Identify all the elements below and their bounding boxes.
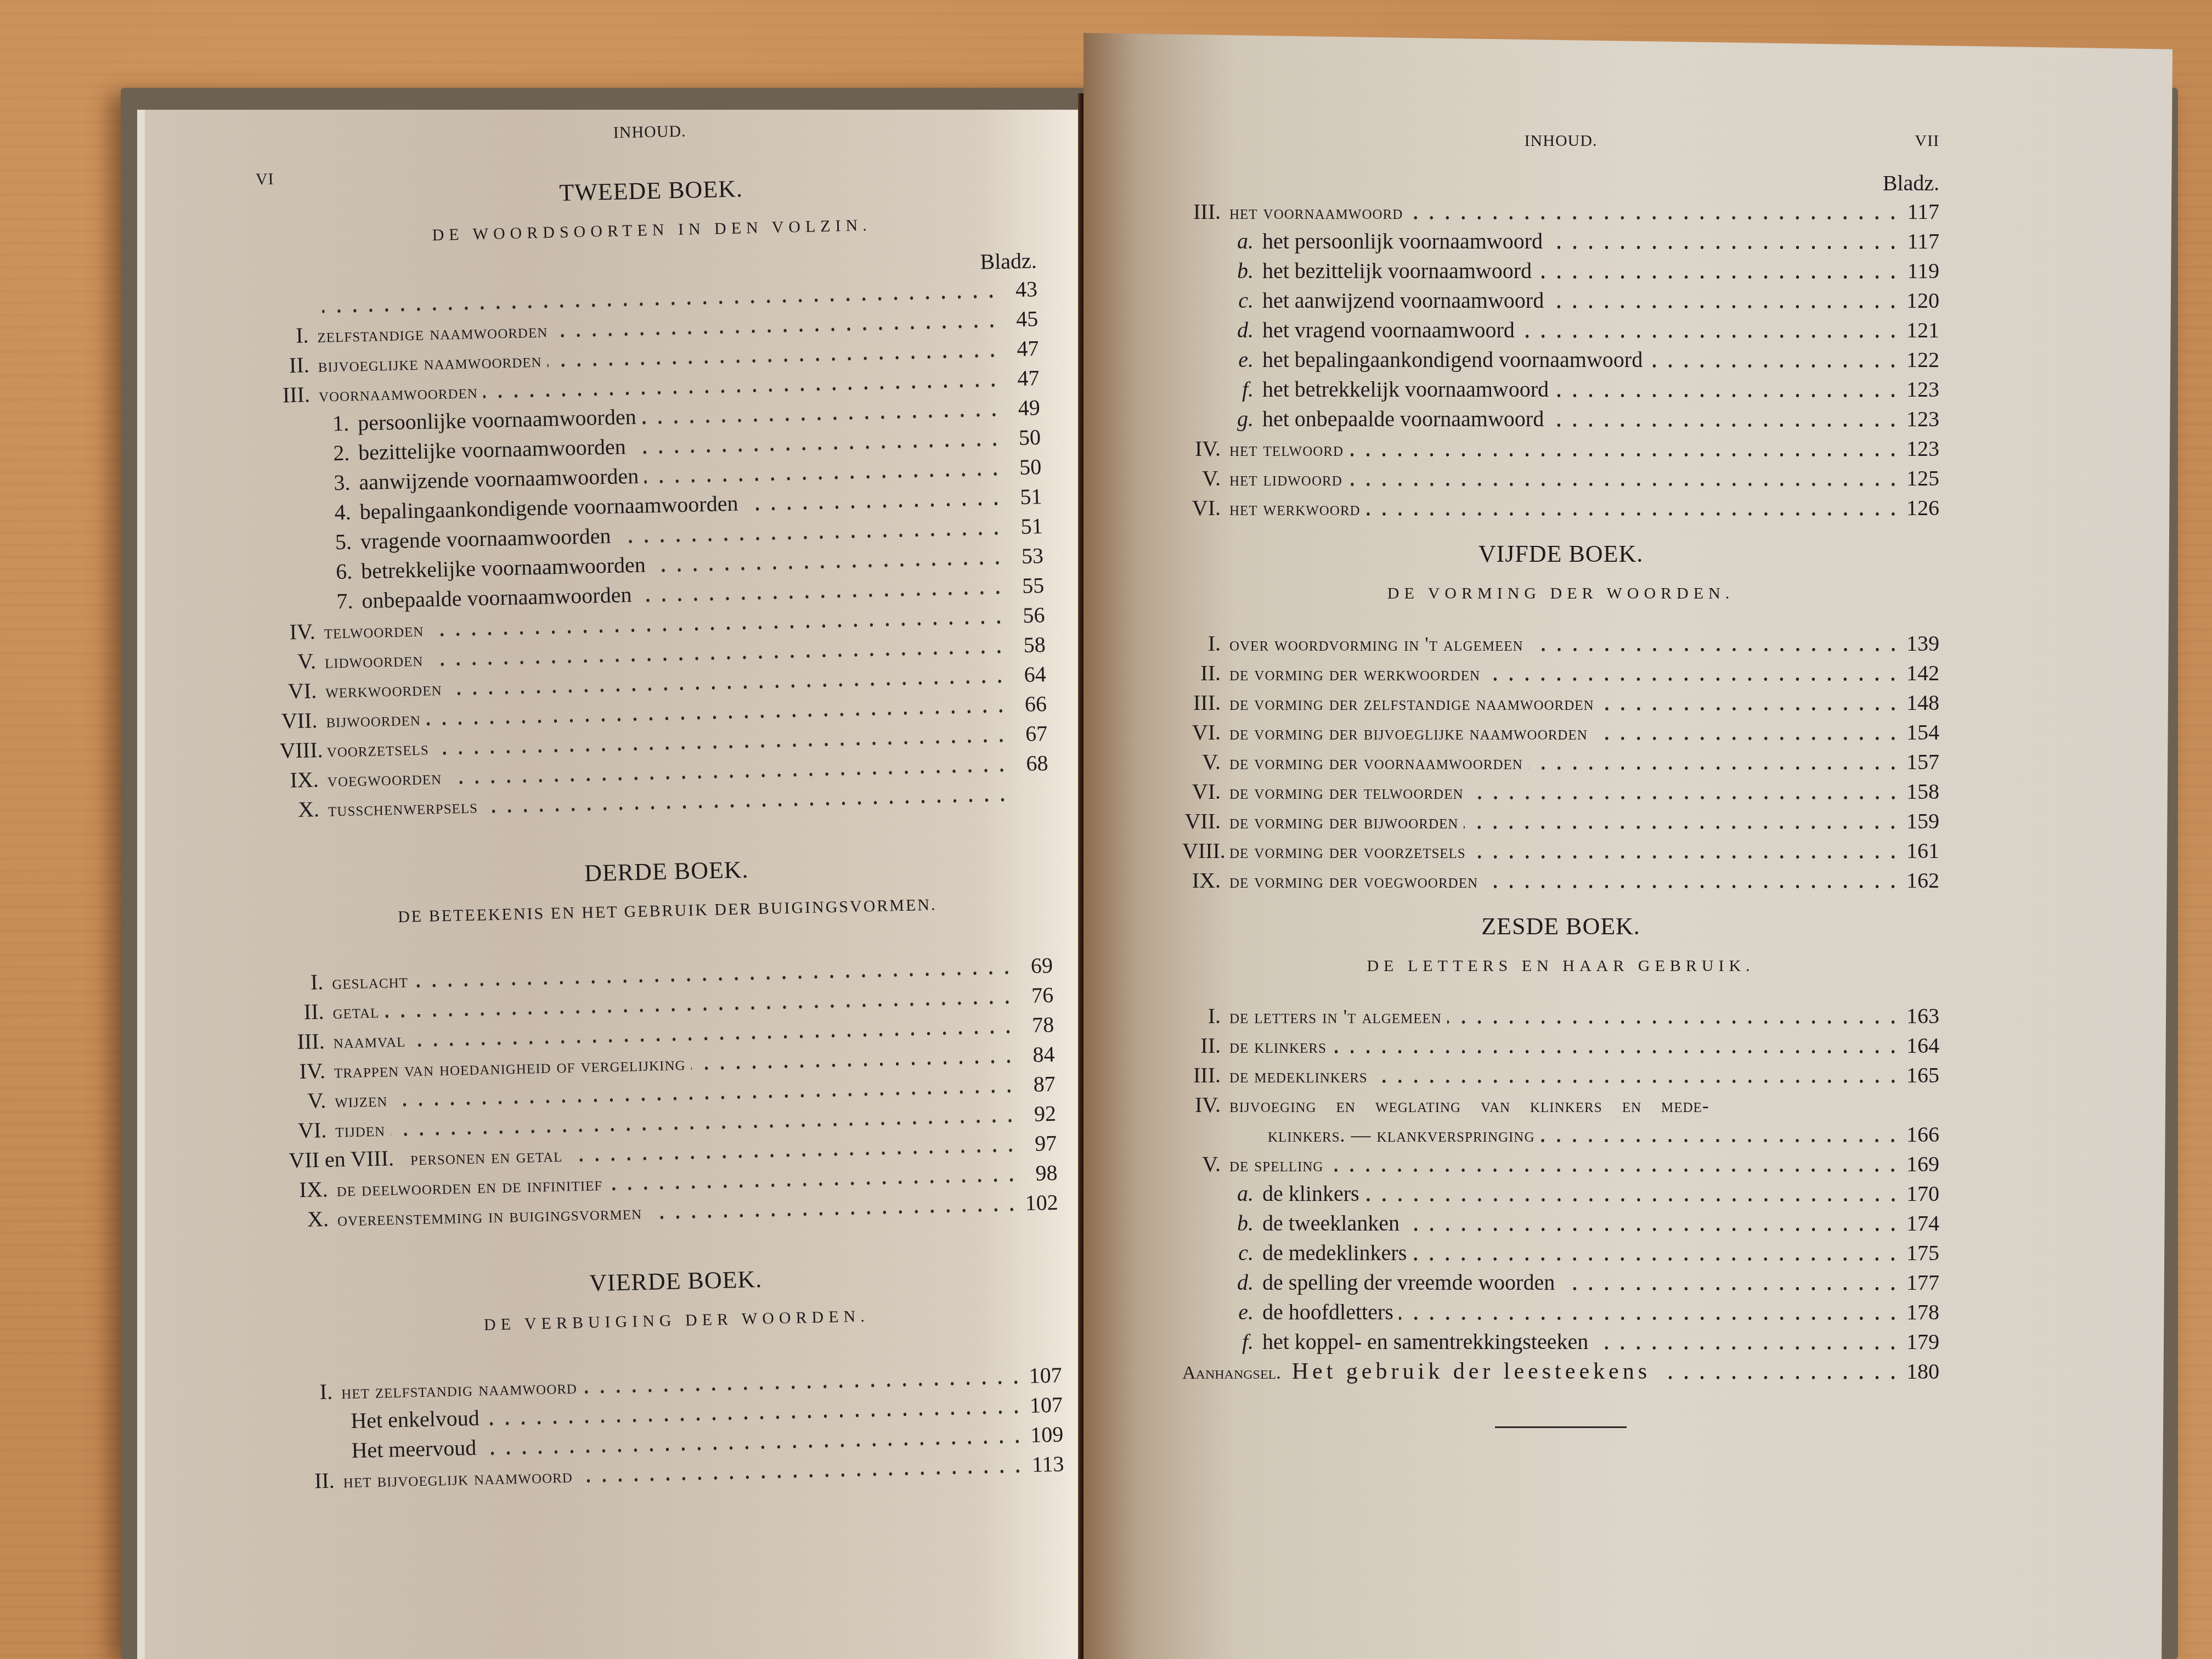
- toc-entry[interactable]: III.de vorming der zelfstandige naamwoor…: [1182, 690, 1939, 719]
- toc-entry-number: II.: [1182, 1032, 1229, 1058]
- dot-leader: [1471, 854, 1901, 860]
- toc-entry-number: 5.: [274, 528, 360, 556]
- toc-entry-number: VI.: [1182, 495, 1229, 521]
- toc-entry-page: 107: [1029, 1362, 1062, 1389]
- dot-leader: [637, 590, 1006, 603]
- toc-entry-number: 1.: [272, 410, 358, 438]
- toc-entry-page: 117: [1906, 228, 1939, 254]
- book-subtitle: DE WOORDSOORTEN IN DEN VOLZIN.: [268, 212, 1036, 249]
- toc-entry-label: getal: [332, 1000, 380, 1024]
- toc-entry-page: 76: [1020, 982, 1054, 1008]
- toc-entry-label: het bepalingaankondigend voornaamwoord: [1262, 347, 1643, 373]
- book-title: ZESDE BOEK.: [1182, 912, 1939, 940]
- toc-entry-page: 69: [1019, 952, 1053, 979]
- toc-entry-page: 121: [1906, 317, 1939, 343]
- running-head: INHOUD. VII: [1182, 132, 1939, 170]
- left-page-content: INHOUD. VI TWEEDE BOEK. DE WOORDSOORTEN …: [266, 114, 1064, 1498]
- toc-entry-label: de medeklinkers: [1229, 1064, 1368, 1087]
- toc-entry-number: f.: [1182, 1329, 1262, 1355]
- toc-entry-label: de klinkers: [1262, 1181, 1359, 1206]
- toc-entry[interactable]: VI.het werkwoord126: [1182, 495, 1939, 524]
- toc-entry-number: V.: [277, 648, 325, 675]
- toc-entry-number: [296, 1458, 352, 1459]
- toc-entry-label: het telwoord: [1229, 438, 1344, 461]
- toc-entry-number: 2.: [273, 439, 359, 467]
- toc-entry-page: 180: [1906, 1358, 1939, 1384]
- toc-entry-label: het onbepaalde voornaamwoord: [1262, 406, 1544, 432]
- toc-entry-number: 4.: [274, 499, 360, 527]
- toc-entry-number: I.: [270, 322, 318, 349]
- dot-leader: [1408, 215, 1901, 221]
- toc-entry-label: het betrekkelijk voornaamwoord: [1262, 376, 1549, 402]
- toc-entry-page: 177: [1906, 1269, 1939, 1295]
- toc-entry-label: voegwoorden: [327, 766, 442, 792]
- toc-entry-page: 64: [1013, 661, 1046, 687]
- running-head: INHOUD. VI: [266, 114, 1034, 170]
- dot-leader: [568, 1147, 1018, 1163]
- toc-entry-number: a.: [1182, 228, 1262, 254]
- toc-list-continued: III.het voornaamwoord117 a.het persoonli…: [1182, 199, 1939, 524]
- toc-entry-number: 3.: [273, 469, 359, 497]
- toc-entry-page: 119: [1906, 258, 1939, 284]
- toc-entry-number: d.: [1182, 317, 1262, 343]
- toc-entry-number: IV.: [276, 618, 324, 645]
- toc-entry-page: 117: [1906, 199, 1939, 224]
- toc-entry-number: X.: [290, 1206, 337, 1233]
- dot-leader: [1548, 245, 1901, 250]
- toc-entry-number: VI.: [278, 678, 326, 704]
- dot-leader: [1600, 706, 1901, 712]
- toc-entry[interactable]: VI.de vorming der bijvoeglijke naamwoord…: [1182, 719, 1939, 749]
- toc-entry-label: het bijvoeglijk naamwoord: [343, 1464, 573, 1492]
- toc-entry-label: de tweeklanken: [1262, 1210, 1400, 1236]
- toc-entry-number: I.: [1182, 630, 1229, 656]
- toc-entry-page: 58: [1012, 631, 1046, 658]
- toc-entry-number: II.: [1182, 660, 1229, 686]
- toc-entry-label: vragende voornaamwoorden: [360, 523, 611, 554]
- toc-entry-number: e.: [1182, 1299, 1262, 1325]
- toc-entry[interactable]: e.de hoofdletters178: [1182, 1299, 1939, 1329]
- book-subtitle: DE LETTERS EN HAAR GEBRUIK.: [1182, 957, 1939, 975]
- toc-entry[interactable]: c.het aanwijzend voornaamwoord120: [1182, 287, 1939, 317]
- toc-entry-label: tusschenwerpsels: [328, 795, 478, 821]
- toc-entry-number: c.: [1182, 287, 1262, 313]
- toc-list: I.geslacht69 II.getal76 III.naamval78 IV…: [285, 952, 1059, 1237]
- toc-entry-page: 97: [1024, 1130, 1057, 1156]
- toc-entry-number: VI.: [288, 1117, 336, 1144]
- toc-entry-number: Aanhangsel.: [1182, 1363, 1292, 1384]
- toc-entry-page: 148: [1906, 690, 1939, 715]
- toc-list: 43 I.zelfstandige naamwoorden45 II.bijvo…: [269, 276, 1049, 827]
- toc-entry-label: het zelfstandig naamwoord: [341, 1375, 578, 1404]
- toc-entry-number: b.: [1182, 1210, 1262, 1236]
- toc-entry-number: VII en VIII.: [289, 1145, 410, 1173]
- toc-entry-label: werkwoorden: [325, 677, 442, 703]
- toc-entry[interactable]: klinkers. — klankverspringing166: [1182, 1121, 1939, 1151]
- left-page: INHOUD. VI TWEEDE BOEK. DE WOORDSOORTEN …: [137, 110, 1088, 1659]
- toc-entry-label: het werkwoord: [1229, 497, 1361, 520]
- toc-entry-number: IV.: [286, 1058, 334, 1085]
- toc-entry-page: 163: [1906, 1003, 1939, 1029]
- toc-entry[interactable]: f.het koppel- en samentrekkingsteeken179: [1182, 1329, 1939, 1358]
- toc-entry-page: 78: [1021, 1012, 1054, 1038]
- toc-entry-page: 53: [1010, 543, 1043, 569]
- book-title: VIJFDE BOEK.: [1182, 540, 1939, 568]
- toc-list: I.het zelfstandig naamwoord107 Het enkel…: [294, 1362, 1065, 1498]
- toc-entry-page: 161: [1906, 838, 1939, 864]
- toc-entry-number: V.: [1182, 1151, 1229, 1177]
- toc-entry[interactable]: c.de medeklinkers175: [1182, 1240, 1939, 1269]
- toc-entry[interactable]: VI.de vorming der telwoorden158: [1182, 778, 1939, 808]
- dot-leader: [1594, 1345, 1901, 1351]
- dot-leader: [642, 412, 1002, 426]
- toc-entry[interactable]: V.de spelling169: [1182, 1151, 1939, 1181]
- dot-leader: [1648, 363, 1901, 369]
- toc-entry-number: II.: [285, 998, 333, 1025]
- dot-leader: [1540, 1138, 1901, 1143]
- toc-entry-label: de vorming der voegwoorden: [1229, 870, 1478, 893]
- toc-entry-page: 84: [1022, 1041, 1055, 1068]
- toc-entry-page: 139: [1906, 630, 1939, 656]
- dot-leader: [1560, 1286, 1901, 1291]
- toc-entry-label: de vorming der werkwoorden: [1229, 662, 1480, 685]
- dot-leader: [1529, 647, 1901, 652]
- toc-entry-label: het persoonlijk voornaamwoord: [1262, 228, 1543, 254]
- toc-entry-number: V.: [1182, 465, 1229, 491]
- dot-leader: [1549, 422, 1901, 428]
- toc-entry-label: voorzetsels: [326, 737, 429, 762]
- toc-entry-page: 51: [1009, 513, 1043, 539]
- toc-entry-page: 87: [1022, 1071, 1056, 1097]
- toc-entry-number: VIII.: [279, 737, 327, 764]
- bladz-label: Bladz.: [1182, 170, 1939, 199]
- dot-leader: [1399, 1316, 1901, 1321]
- toc-entry-label: bijvoeging en weglating van klinkers en …: [1229, 1094, 1709, 1117]
- toc-entry-label: bijwoorden: [326, 707, 421, 732]
- dot-leader: [1365, 1197, 1901, 1203]
- toc-entry-page: 123: [1906, 406, 1939, 432]
- toc-entry-label: het bezittelijk voornaamwoord: [1262, 258, 1532, 284]
- toc-entry[interactable]: g.het onbepaalde voornaamwoord123: [1182, 406, 1939, 436]
- toc-entry-number: c.: [1182, 1240, 1262, 1266]
- toc-entry-page: 179: [1906, 1329, 1939, 1355]
- dot-leader: [1549, 304, 1901, 309]
- toc-entry-number: I.: [285, 969, 332, 996]
- toc-entry-label: het lidwoord: [1229, 467, 1342, 490]
- dot-leader: [691, 1058, 1017, 1071]
- toc-entry-number: X.: [281, 796, 329, 823]
- toc-entry-number: 6.: [275, 558, 362, 586]
- toc-entry-page: 178: [1906, 1299, 1939, 1325]
- toc-entry[interactable]: e.het bepalingaankondigend voornaamwoord…: [1182, 347, 1939, 376]
- right-page: INHOUD. VII Bladz. III.het voornaamwoord…: [1084, 33, 2172, 1659]
- toc-entry-page: 45: [1005, 306, 1039, 332]
- toc-entry-label: de vorming der voornaamwoorden: [1229, 751, 1523, 774]
- dot-leader: [1348, 482, 1901, 487]
- toc-entry-number: d.: [1182, 1269, 1262, 1295]
- toc-entry-label: het vragend voornaamwoord: [1262, 317, 1515, 343]
- dot-leader: [616, 531, 1005, 545]
- page-number: VI: [256, 170, 274, 189]
- toc-entry-number: III.: [1182, 690, 1229, 715]
- toc-list: I.de letters in 't algemeen163 II.de kli…: [1182, 1003, 1939, 1388]
- dot-leader: [1373, 1079, 1901, 1084]
- toc-entry-number: VI.: [1182, 719, 1229, 745]
- toc-entry-number: VII.: [279, 707, 326, 734]
- book-subtitle: DE BETEEKENIS EN HET GEBRUIK DER BUIGING…: [283, 893, 1051, 929]
- dot-leader: [1349, 452, 1901, 458]
- toc-entry-page: 126: [1906, 495, 1939, 521]
- toc-entry-number: 7.: [276, 588, 362, 616]
- toc-entry-number: I.: [1182, 1003, 1229, 1029]
- toc-entry-label: de deelwoorden en de infinitief: [336, 1172, 602, 1201]
- dot-leader: [743, 501, 1003, 512]
- toc-entry-number: IX.: [280, 766, 328, 793]
- dot-leader: [553, 323, 1000, 338]
- toc-entry-page: 109: [1030, 1421, 1064, 1448]
- toc-entry-label: over woordvorming in 't algemeen: [1229, 633, 1523, 656]
- toc-entry-number: III.: [1182, 1062, 1229, 1088]
- dot-leader: [1464, 825, 1901, 830]
- toc-entry-page: 120: [1906, 287, 1939, 313]
- toc-entry-label: wijzen: [335, 1088, 388, 1112]
- dot-leader: [1447, 1019, 1901, 1025]
- toc-entry-label: de klinkers: [1229, 1035, 1327, 1058]
- running-head-title: INHOUD.: [1182, 132, 1939, 150]
- toc-entry-page: 123: [1906, 376, 1939, 402]
- closing-rule: [1495, 1426, 1627, 1428]
- toc-entry[interactable]: b.het bezittelijk voornaamwoord119: [1182, 258, 1939, 287]
- toc-entry-label: de vorming der bijwoorden: [1229, 810, 1458, 833]
- toc-entry-number: VIII.: [1182, 838, 1229, 864]
- toc-entry-page: 166: [1906, 1121, 1939, 1147]
- toc-entry-page: 66: [1013, 691, 1047, 717]
- toc-entry[interactable]: d.de spelling der vreemde woorden177: [1182, 1269, 1939, 1299]
- toc-entry-label: de hoofdletters: [1262, 1299, 1393, 1325]
- dot-leader: [1528, 765, 1901, 771]
- toc-entry-page: 113: [1031, 1451, 1064, 1477]
- toc-entry[interactable]: d.het vragend voornaamwoord121: [1182, 317, 1939, 347]
- toc-entry-label: Het enkelvoud: [351, 1405, 479, 1434]
- toc-entry-page: 174: [1906, 1210, 1939, 1236]
- toc-entry-page: 159: [1906, 808, 1939, 834]
- dot-leader: [1520, 334, 1901, 339]
- toc-entry[interactable]: IV.het telwoord123: [1182, 436, 1939, 465]
- toc-entry-page: 165: [1906, 1062, 1939, 1088]
- toc-section-derde-boek: DERDE BOEK. DE BETEEKENIS EN HET GEBRUIK…: [282, 849, 1058, 1237]
- toc-entry-number: VII.: [1182, 808, 1229, 834]
- toc-entry-label: het aanwijzend voornaamwoord: [1262, 287, 1544, 313]
- toc-entry-page: 142: [1906, 660, 1939, 686]
- toc-entry-label: geslacht: [332, 969, 408, 994]
- toc-entry-label: de medeklinkers: [1262, 1240, 1407, 1266]
- dot-leader: [1329, 1167, 1901, 1173]
- toc-entry-page: 169: [1906, 1151, 1939, 1177]
- dot-leader: [1486, 676, 1901, 682]
- toc-entry[interactable]: f.het betrekkelijk voornaamwoord123: [1182, 376, 1939, 406]
- toc-entry-number: II.: [296, 1467, 343, 1494]
- toc-entry-page: 170: [1906, 1181, 1939, 1206]
- toc-entry-label: onbepaalde voornaamwoorden: [362, 582, 632, 613]
- toc-entry-number: III.: [1182, 199, 1229, 224]
- toc-entry-number: V.: [1182, 749, 1229, 775]
- toc-entry-label: trappen van hoedanigheid of vergelijking: [334, 1052, 686, 1083]
- toc-entry-label: de vorming der zelfstandige naamwoorden: [1229, 692, 1594, 715]
- dot-leader: [1366, 511, 1901, 517]
- toc-entry-page: 67: [1014, 720, 1048, 747]
- dot-leader: [608, 1177, 1019, 1192]
- toc-entry-label: de spelling: [1229, 1153, 1323, 1176]
- toc-entry-page: 158: [1906, 778, 1939, 804]
- toc-entry-page: 98: [1024, 1160, 1058, 1186]
- toc-entry[interactable]: V.het lidwoord125: [1182, 465, 1939, 495]
- toc-section-tweede-boek: TWEEDE BOEK. DE WOORDSOORTEN IN DEN VOLZ…: [267, 168, 1049, 826]
- toc-entry-page: 47: [1006, 365, 1040, 391]
- toc-entry-label: de spelling der vreemde woorden: [1262, 1269, 1555, 1295]
- dot-leader: [1412, 1256, 1901, 1262]
- toc-entry-label: zelfstandige naamwoorden: [317, 319, 548, 347]
- toc-entry-page: 157: [1906, 749, 1939, 775]
- toc-entry-number: a.: [1182, 1181, 1262, 1206]
- toc-entry[interactable]: I.de letters in 't algemeen163: [1182, 1003, 1939, 1032]
- book-title: TWEEDE BOEK.: [267, 168, 1035, 213]
- toc-entry-page: 122: [1906, 347, 1939, 373]
- dot-leader: [578, 1468, 1026, 1484]
- dot-leader: [644, 471, 1003, 485]
- toc-entry-label: lidwoorden: [324, 648, 423, 673]
- dot-leader: [1483, 884, 1901, 889]
- toc-entry-number: V.: [287, 1087, 335, 1114]
- toc-entry-label: de vorming der bijvoeglijke naamwoorden: [1229, 721, 1588, 744]
- toc-entry-label: bijvoeglijke naamwoorden: [318, 349, 542, 377]
- dot-leader: [1537, 274, 1901, 280]
- toc-entry-number: VI.: [1182, 778, 1229, 804]
- toc-entry[interactable]: III.de medeklinkers165: [1182, 1062, 1939, 1092]
- toc-entry[interactable]: II.de klinkers164: [1182, 1032, 1939, 1062]
- toc-entry-page: 56: [1012, 602, 1045, 628]
- dot-leader: [1469, 795, 1901, 800]
- book-title: DERDE BOEK.: [282, 849, 1051, 894]
- toc-entry-page: 102: [1025, 1189, 1058, 1216]
- dot-leader: [651, 560, 1005, 574]
- dot-leader: [1656, 1375, 1901, 1380]
- toc-entry-page: 51: [1009, 483, 1042, 510]
- toc-entry-page: 107: [1029, 1392, 1063, 1418]
- toc-entry[interactable]: I.over woordvorming in 't algemeen139: [1182, 630, 1939, 660]
- toc-section-zesde-boek: ZESDE BOEK. DE LETTERS EN HAAR GEBRUIK. …: [1182, 912, 1939, 1428]
- toc-entry[interactable]: V.de vorming der voornaamwoorden157: [1182, 749, 1939, 778]
- dot-leader: [1405, 1227, 1901, 1232]
- toc-entry-number: f.: [1182, 376, 1262, 402]
- toc-entry-appendix[interactable]: Aanhangsel.Het gebruik der leesteekens18…: [1182, 1358, 1939, 1388]
- toc-entry[interactable]: II.de vorming der werkwoorden142: [1182, 660, 1939, 690]
- toc-entry[interactable]: IX.de vorming der voegwoorden162: [1182, 867, 1939, 897]
- toc-entry-page: 154: [1906, 719, 1939, 745]
- dot-leader: [1332, 1049, 1901, 1054]
- toc-list: I.over woordvorming in 't algemeen139 II…: [1182, 630, 1939, 897]
- dot-leader: [548, 353, 1001, 369]
- toc-entry-page: 164: [1906, 1032, 1939, 1058]
- dot-leader: [1593, 736, 1901, 741]
- toc-entry[interactable]: a.de klinkers170: [1182, 1181, 1939, 1210]
- toc-section-vierde-boek: VIERDE BOEK. DE VERBUIGING DER WOORDEN. …: [291, 1259, 1064, 1498]
- toc-entry-label: voornaamwoorden: [318, 380, 478, 407]
- toc-entry-page: 92: [1023, 1101, 1056, 1127]
- book-subtitle: DE VERBUIGING DER WOORDEN.: [292, 1303, 1060, 1339]
- toc-entry-label: persoonlijke voornaamwoorden: [358, 404, 637, 436]
- toc-entry[interactable]: a.het persoonlijk voornaamwoord117: [1182, 228, 1939, 258]
- toc-entry-page: 49: [1007, 394, 1040, 421]
- toc-entry-number: IX.: [289, 1176, 337, 1203]
- toc-entry[interactable]: b.de tweeklanken174: [1182, 1210, 1939, 1240]
- running-head-title: INHOUD.: [266, 114, 1034, 150]
- toc-entry[interactable]: VIII.de vorming der voorzetsels161: [1182, 838, 1939, 867]
- toc-entry-number: III.: [286, 1028, 334, 1055]
- toc-entry-label: tijden: [335, 1118, 386, 1142]
- toc-entry-page: 43: [1004, 276, 1037, 302]
- toc-entry-page: 125: [1906, 465, 1939, 491]
- toc-entry-label: het koppel- en samentrekkingsteeken: [1262, 1329, 1588, 1355]
- toc-entry-number: [295, 1428, 351, 1429]
- toc-entry-page: 55: [1011, 572, 1045, 599]
- toc-entry-label: telwoorden: [324, 618, 424, 644]
- toc-entry-label: naamval: [333, 1029, 405, 1053]
- toc-entry-page: [1016, 800, 1049, 800]
- toc-entry-number: II.: [270, 352, 318, 379]
- toc-entry-page: 162: [1906, 867, 1939, 893]
- toc-entry-number: I.: [294, 1378, 342, 1405]
- toc-entry-label: klinkers. — klankverspringing: [1268, 1124, 1534, 1147]
- toc-section-vijfde-boek: VIJFDE BOEK. DE VORMING DER WOORDEN. I.o…: [1182, 540, 1939, 897]
- toc-entry-label: Het meervoud: [351, 1435, 477, 1463]
- toc-entry-label: overeenstemming in buigingsvormen: [337, 1201, 642, 1231]
- book-subtitle: DE VORMING DER WOORDEN.: [1182, 584, 1939, 603]
- toc-entry-label: de vorming der voorzetsels: [1229, 840, 1466, 863]
- toc-entry-page: 47: [1006, 335, 1039, 362]
- toc-entry-number: g.: [1182, 406, 1262, 432]
- dot-leader: [583, 1379, 1024, 1395]
- dot-leader: [1554, 393, 1901, 398]
- toc-entry-number: IV.: [1182, 436, 1229, 461]
- toc-entry-number: e.: [1182, 347, 1262, 373]
- toc-entry-page: 50: [1007, 424, 1041, 450]
- toc-entry-page: 175: [1906, 1240, 1939, 1266]
- toc-entry-page: 50: [1008, 454, 1042, 480]
- toc-entry-number: III.: [271, 381, 319, 408]
- toc-entry-label: het voornaamwoord: [1229, 201, 1403, 224]
- toc-entry-number: [270, 313, 317, 314]
- book-title: VIERDE BOEK.: [291, 1259, 1060, 1304]
- toc-entry[interactable]: IV.bijvoeging en weglating van klinkers …: [1182, 1092, 1939, 1121]
- toc-entry-label: bezittelijke voornaamwoorden: [358, 433, 627, 465]
- right-page-content: INHOUD. VII Bladz. III.het voornaamwoord…: [1182, 132, 1939, 1428]
- toc-entry-number: b.: [1182, 258, 1262, 284]
- dot-leader: [631, 442, 1002, 455]
- toc-entry-number: IV.: [1182, 1092, 1229, 1118]
- toc-entry-label: Het gebruik der leesteekens: [1292, 1358, 1651, 1385]
- toc-entry-label: personen en getal: [410, 1143, 562, 1170]
- toc-entry-label: de letters in 't algemeen: [1229, 1005, 1442, 1028]
- toc-entry-page: 123: [1906, 436, 1939, 461]
- toc-entry[interactable]: VII.de vorming der bijwoorden159: [1182, 808, 1939, 838]
- toc-entry-label: de vorming der telwoorden: [1229, 781, 1464, 804]
- toc-entry[interactable]: III.het voornaamwoord117: [1182, 199, 1939, 228]
- page-number: VII: [1915, 132, 1939, 150]
- toc-entry-page: 68: [1015, 750, 1048, 776]
- dot-leader: [647, 1206, 1020, 1220]
- toc-entry-number: IX.: [1182, 867, 1229, 893]
